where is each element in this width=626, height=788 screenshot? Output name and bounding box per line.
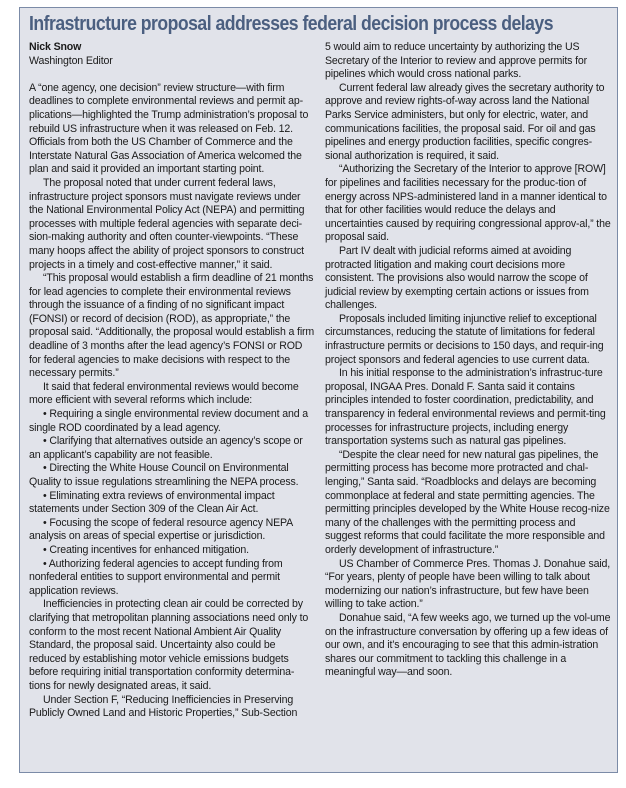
bullet-item: • Clarifying that alternatives outside a… — [29, 435, 315, 462]
paragraph: The proposal noted that under current fe… — [29, 177, 315, 272]
bullet-item: • Focusing the scope of federal resource… — [29, 517, 315, 544]
paragraph: A “one agency, one decision” review stru… — [29, 82, 315, 177]
paragraph: In his initial response to the administr… — [325, 367, 611, 449]
paragraph: “This proposal would establish a firm de… — [29, 272, 315, 381]
paragraph: 5 would aim to reduce uncertainty by aut… — [325, 41, 611, 82]
byline-author: Nick Snow — [29, 41, 315, 55]
bullet-item: • Requiring a single environmental revie… — [29, 408, 315, 435]
paragraph: “Despite the clear need for new natural … — [325, 449, 611, 558]
bullet-item: • Authorizing federal agencies to accept… — [29, 558, 315, 599]
right-column: 5 would aim to reduce uncertainty by aut… — [321, 41, 611, 721]
paragraph: It said that federal environmental revie… — [29, 381, 315, 408]
paragraph: Part IV dealt with judicial reforms aime… — [325, 245, 611, 313]
headline: Infrastructure proposal addresses federa… — [29, 12, 553, 36]
paragraph: US Chamber of Commerce Pres. Thomas J. D… — [325, 558, 611, 612]
paragraph: “Authorizing the Secretary of the Interi… — [325, 163, 611, 245]
paragraph: Inefficiencies in protecting clean air c… — [29, 598, 315, 693]
byline-title: Washington Editor — [29, 55, 315, 69]
left-column: Nick Snow Washington Editor A “one agenc… — [29, 41, 315, 721]
paragraph: Proposals included limiting injunctive r… — [325, 313, 611, 367]
article-columns: Nick Snow Washington Editor A “one agenc… — [29, 41, 611, 721]
paragraph: Under Section F, “Reducing Inefficiencie… — [29, 694, 315, 721]
bullet-item: • Eliminating extra reviews of environme… — [29, 490, 315, 517]
paragraph: Donahue said, “A few weeks ago, we turne… — [325, 612, 611, 680]
article-sidebar-box: Infrastructure proposal addresses federa… — [19, 7, 618, 773]
bullet-item: • Directing the White House Council on E… — [29, 462, 315, 489]
paragraph: Current federal law already gives the se… — [325, 82, 611, 164]
bullet-item: • Creating incentives for enhanced mitig… — [29, 544, 315, 558]
